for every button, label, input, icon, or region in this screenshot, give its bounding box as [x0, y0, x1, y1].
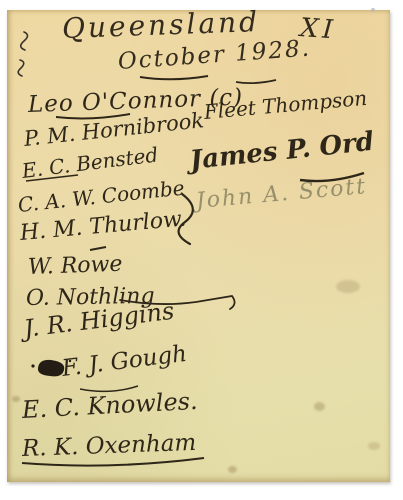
- signature-rowe: W. Rowe: [28, 252, 123, 280]
- page-title-team: Queensland: [61, 5, 260, 45]
- autograph-page-scan: Queensland XI October 1928. Leo O'Connor…: [0, 0, 403, 500]
